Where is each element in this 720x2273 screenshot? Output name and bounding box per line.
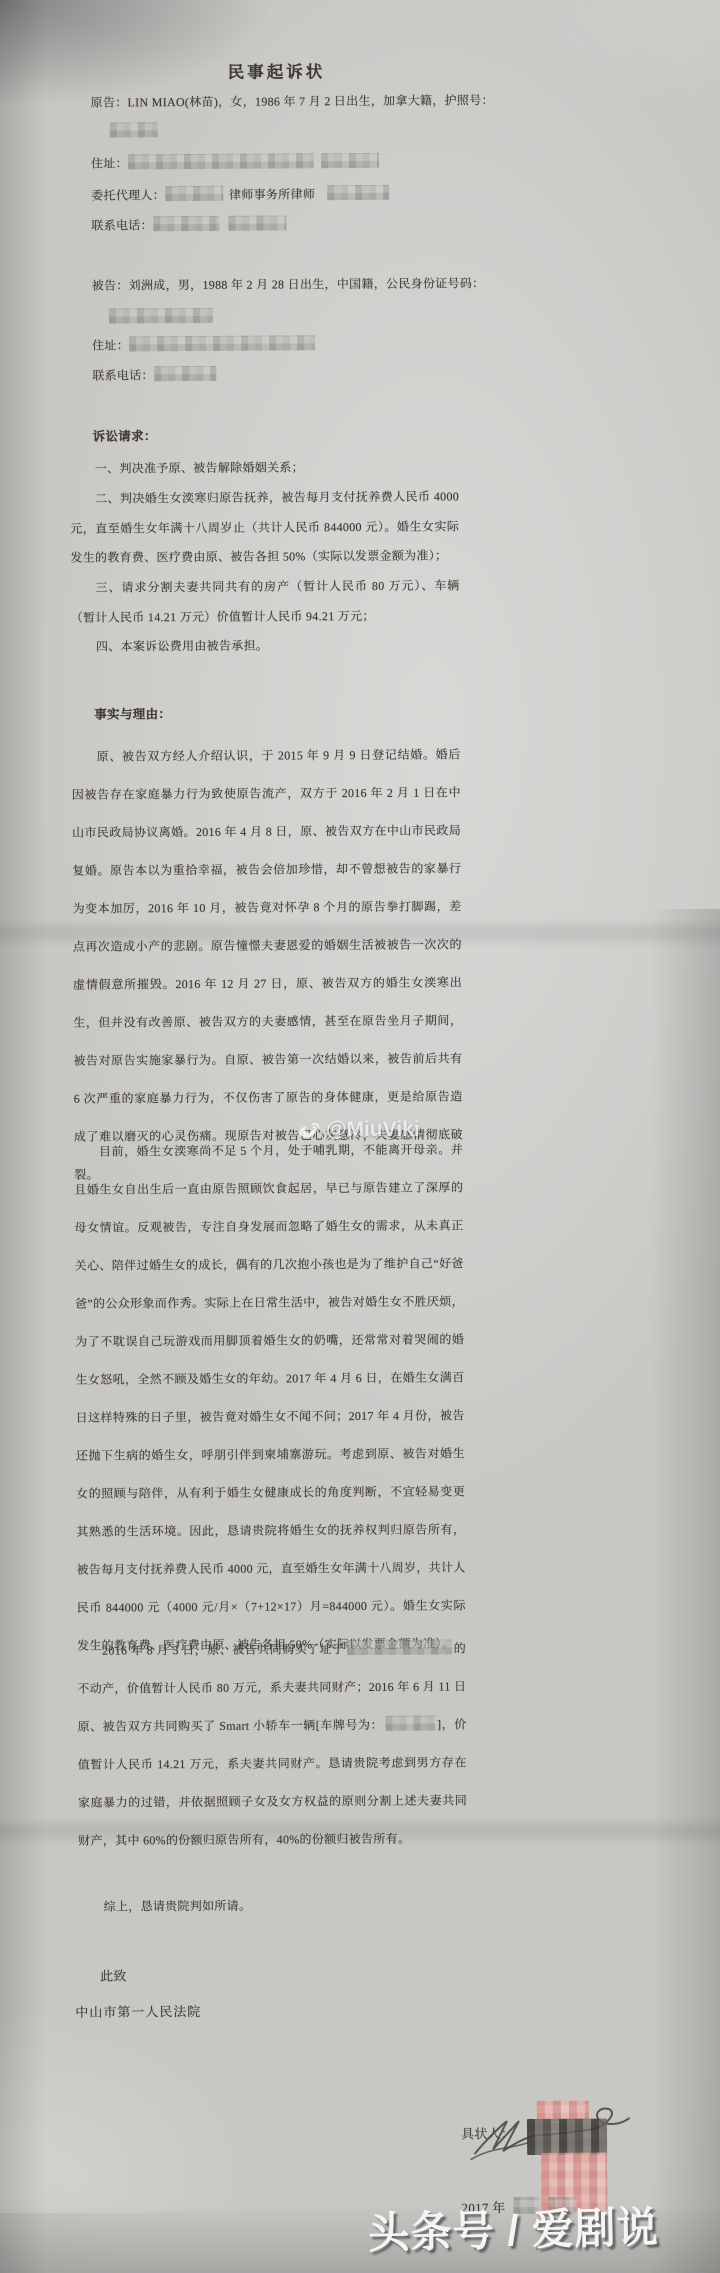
claim-item-3: 三、请求分割夫妻共同共有的房产（暂计人民币 80 万元）、车辆（暂计人民币 14… [70, 571, 459, 632]
facts-paragraph-4: 综上，恳请贵院判如所请。 [79, 1885, 468, 1925]
agent-firm-text: 律师事务所律师 [229, 187, 315, 202]
redacted-signer-name [527, 2119, 607, 2155]
weibo-handle-text: @MiuViki [326, 1118, 420, 1142]
redacted-agent-name [165, 186, 223, 201]
redacted-phone [154, 366, 216, 381]
redacted-address [128, 153, 314, 169]
phone-label: 联系电话： [92, 368, 154, 382]
court-name: 中山市第一人民法院 [75, 2001, 201, 2021]
facts-p3-text: ]，价值暂计人民币 14.21 万元，系夫妻共同财产。恳请贵院考虑到男方存在家庭… [78, 1717, 467, 1847]
redacted-license-plate [385, 1716, 435, 1731]
redacted-address [129, 335, 315, 351]
agent-line: 委托代理人：律师事务所律师 [91, 185, 389, 204]
claims-heading: 诉讼请求： [93, 426, 157, 444]
defendant-phone-line: 联系电话： [92, 366, 216, 384]
facts-heading: 事实与理由： [94, 704, 171, 722]
defendant-address-line: 住址： [92, 335, 315, 353]
redacted-phone [153, 216, 219, 231]
plaintiff-line: 原告：LIN MIAO(林苗)，女，1986 年 7 月 2 日出生，加拿大籍，… [91, 91, 494, 110]
plaintiff-phone-line: 联系电话： [91, 215, 286, 233]
redacted-property-address [347, 1639, 452, 1655]
address-label: 住址： [91, 156, 128, 170]
facts-paragraph-2: 目前，婚生女湙寒尚不足 5 个月，处于哺乳期，不能离开母亲。并且婚生女自出生后一… [74, 1130, 466, 1664]
plaintiff-address-line: 住址： [91, 153, 379, 172]
claim-item-2: 二、判决婚生女湙寒归原告抚养，被告每月支付抚养费人民币 4000 元，直至婚生女… [70, 482, 460, 573]
claim-item-4: 四、本案诉讼费用由被告承担。 [71, 630, 460, 662]
claim-item-1: 一、判决准予原、被告解除婚姻关系； [70, 452, 459, 484]
redacted-passport-number [110, 122, 158, 137]
phone-label: 联系电话： [91, 218, 153, 232]
redacted-address [321, 153, 379, 168]
facts-p3-text: 2016 年 8 月 3 日，原、被告共同购买了址于 [102, 1642, 345, 1657]
agent-label: 委托代理人： [91, 188, 165, 202]
redacted-phone [228, 215, 286, 230]
document-photo: 民事起诉状 原告：LIN MIAO(林苗)，女，1986 年 7 月 2 日出生… [0, 0, 720, 2273]
redacted-id-number [109, 308, 213, 324]
facts-paragraph-3: 2016 年 8 月 3 日，原、被告共同购买了址于的不动产，价值暂计人民币 8… [77, 1629, 467, 1859]
address-label: 住址： [92, 338, 129, 352]
document-title: 民事起诉状 [96, 57, 456, 83]
toutiao-watermark: 头条号 / 爱剧说 [367, 2194, 659, 2261]
weibo-watermark: @MiuViki [297, 1118, 420, 1142]
salute: 此致 [100, 1965, 127, 1984]
defendant-line: 被告：刘洲成，男，1988 年 2 月 28 日出生，中国籍，公民身份证号码： [92, 274, 485, 293]
redacted-agent-name [327, 185, 389, 200]
weibo-eye-icon [297, 1121, 321, 1140]
